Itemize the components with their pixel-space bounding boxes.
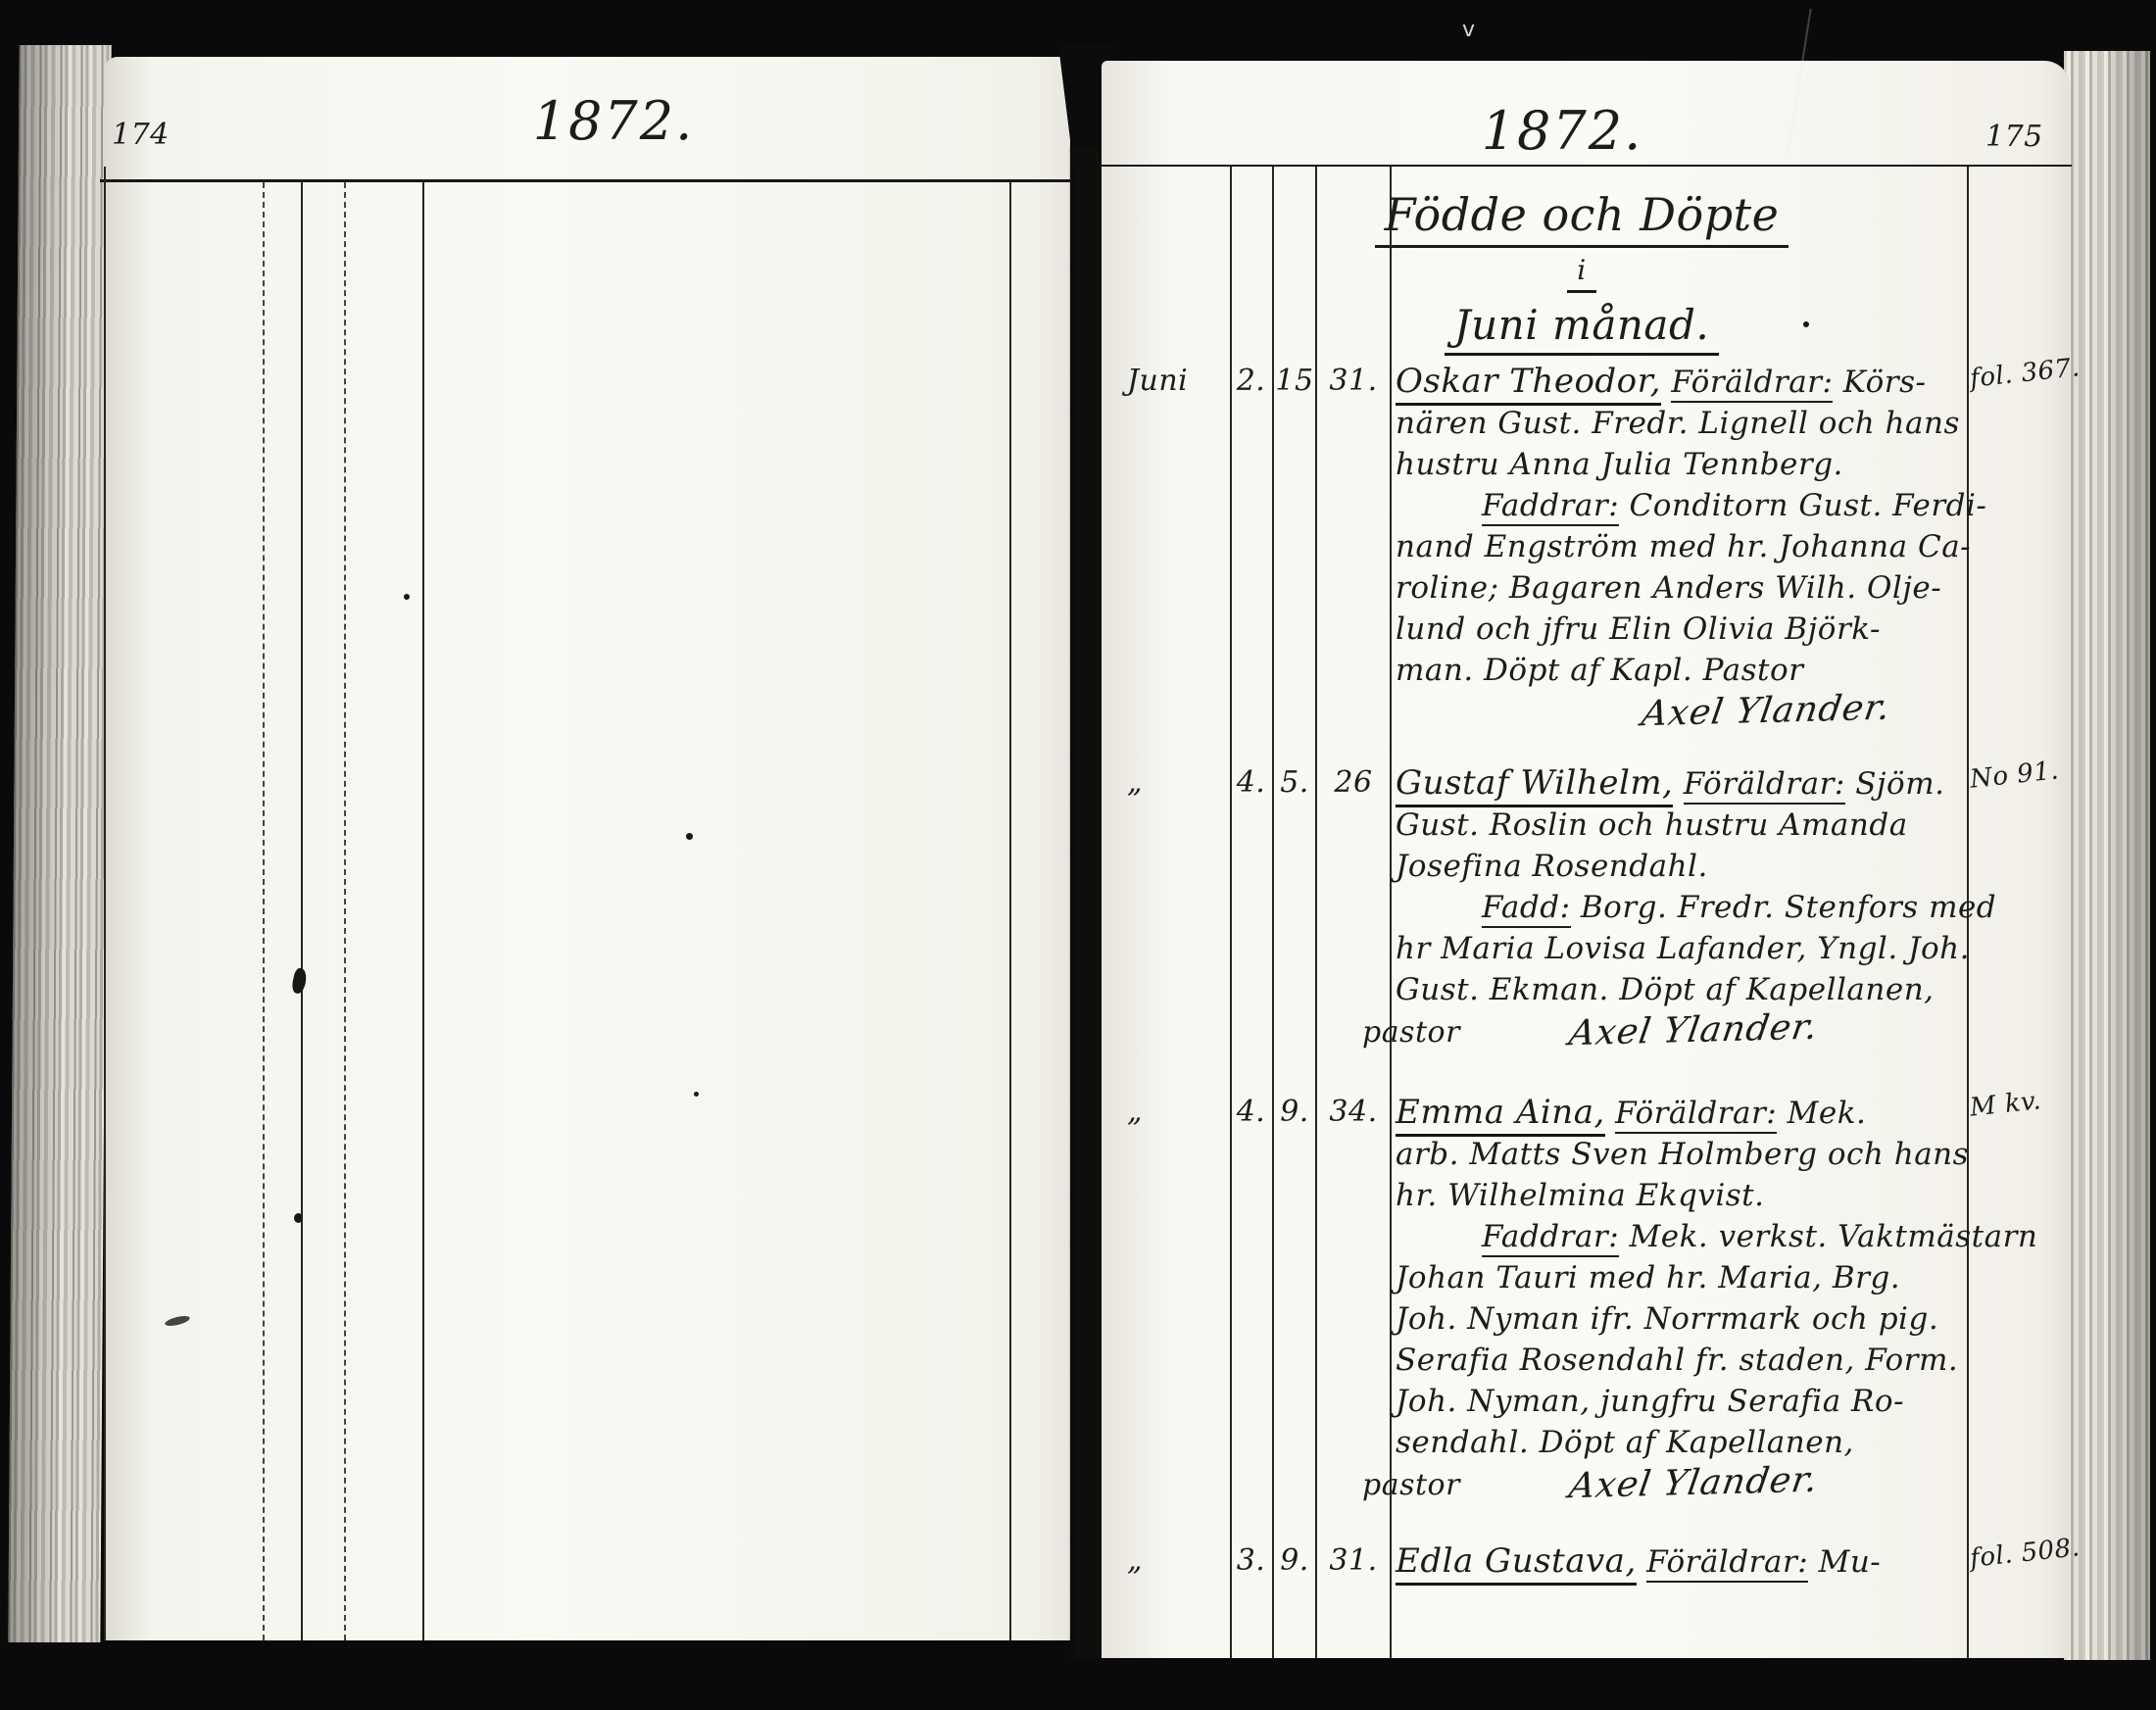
left-page: 174 1872. bbox=[104, 57, 1070, 1640]
entry-text-line: Serafia Rosendahl fr. staden, Form. bbox=[1396, 1340, 1984, 1381]
entry-parents-label: Föräldrar: bbox=[1671, 365, 1833, 403]
entry-signature-prefix: pastor bbox=[1362, 1465, 1460, 1506]
entry-parents-label: Föräldrar: bbox=[1646, 1544, 1808, 1583]
entry-text-line: Gust. Roslin och hustru Amanda bbox=[1396, 805, 1984, 846]
entry-first-line: Oskar Theodor, Föräldrar: Körs- bbox=[1396, 361, 1984, 403]
entry-text-line: sendahl. Döpt af Kapellanen, bbox=[1396, 1422, 1984, 1463]
left-column-rule-1 bbox=[263, 182, 265, 1640]
entry-text-line: arb. Matts Sven Holmberg och hans bbox=[1396, 1134, 1984, 1175]
entry-text-line: Faddrar: Conditorn Gust. Ferdi- bbox=[1396, 485, 2070, 526]
entry-text-line: Johan Tauri med hr. Maria, Brg. bbox=[1396, 1257, 1984, 1298]
entry-col-3: 34. bbox=[1317, 1092, 1390, 1133]
entry-first-line: Gustaf Wilhelm, Föräldrar: Sjöm. bbox=[1396, 762, 1984, 805]
entry-text-line: hr Maria Lovisa Lafander, Yngl. Joh. bbox=[1396, 928, 1984, 969]
entry-text-line: nären Gust. Fredr. Lignell och hans bbox=[1396, 403, 1984, 444]
entry-parents-label: Föräldrar: bbox=[1615, 1096, 1777, 1134]
entry-col-1: 2. bbox=[1230, 361, 1272, 402]
entry-faddrar-label: Fadd: bbox=[1482, 890, 1571, 928]
right-page-edge-texture bbox=[2064, 51, 2150, 1660]
entry-col-2: 9. bbox=[1274, 1092, 1315, 1133]
entry-signature-prefix: pastor bbox=[1362, 1012, 1460, 1053]
entry-first-line: Emma Aina, Föräldrar: Mek. bbox=[1396, 1092, 1984, 1134]
entry-col-3: 31. bbox=[1317, 361, 1390, 402]
entry-month: „ bbox=[1127, 762, 1143, 804]
entry-col-1: 4. bbox=[1230, 1092, 1272, 1133]
left-year-title: 1872. bbox=[476, 90, 751, 152]
left-header-rule bbox=[100, 179, 1072, 182]
entry-text-line: nand Engström med hr. Johanna Ca- bbox=[1396, 526, 1984, 567]
register-entry: „4.5.26Gustaf Wilhelm, Föräldrar: Sjöm.N… bbox=[1102, 762, 2070, 1053]
entry-col-2: 5. bbox=[1274, 762, 1315, 804]
scan-artifact: v bbox=[1462, 18, 1475, 42]
entry-col-2: 15 bbox=[1274, 361, 1315, 402]
entry-text-line: Faddrar: Mek. verkst. Vaktmästarn bbox=[1396, 1216, 2070, 1257]
left-column-rule-2 bbox=[301, 182, 303, 1640]
register-entry: „4.9.34.Emma Aina, Föräldrar: Mek.M kv.a… bbox=[1102, 1092, 2070, 1506]
entry-text-line: Joh. Nyman ifr. Norrmark och pig. bbox=[1396, 1298, 1984, 1340]
entry-signature-line: pastorAxel Ylander. bbox=[1396, 1010, 1984, 1053]
entry-signature-line: Axel Ylander. bbox=[1396, 691, 2121, 733]
entry-month: „ bbox=[1127, 1540, 1143, 1582]
scanned-register-spread: 174 1872. 1872. 175 Födde och Döpte i Ju… bbox=[0, 0, 2156, 1710]
entry-col-3: 31. bbox=[1317, 1540, 1390, 1582]
ink-speck bbox=[1803, 321, 1809, 327]
entry-text-line: man. Döpt af Kapl. Pastor bbox=[1396, 650, 1984, 691]
entry-text-line: Josefina Rosendahl. bbox=[1396, 846, 1984, 887]
register-entry: Juni2.1531.Oskar Theodor, Föräldrar: Kör… bbox=[1102, 361, 2070, 733]
priest-signature: Axel Ylander. bbox=[1566, 1007, 1821, 1055]
entry-first-line: Edla Gustava, Föräldrar: Mu- bbox=[1396, 1540, 1984, 1583]
priest-signature: Axel Ylander. bbox=[1566, 1460, 1821, 1508]
entry-text-line: Gust. Ekman. Döpt af Kapellanen, bbox=[1396, 969, 1984, 1010]
left-column-rule-4 bbox=[422, 182, 424, 1640]
entry-child-name: Edla Gustava, bbox=[1396, 1541, 1637, 1586]
register-entry: „3.9.31.Edla Gustava, Föräldrar: Mu-fol.… bbox=[1102, 1540, 2070, 1583]
entry-margin-note: fol. 508. bbox=[1969, 1533, 2082, 1574]
left-column-rule-5 bbox=[1009, 182, 1011, 1640]
ink-speck bbox=[164, 1314, 190, 1328]
entry-child-name: Oskar Theodor, bbox=[1396, 362, 1661, 406]
entry-faddrar-label: Faddrar: bbox=[1482, 488, 1619, 526]
entry-faddrar-label: Faddrar: bbox=[1482, 1219, 1619, 1257]
entry-col-1: 4. bbox=[1230, 762, 1272, 804]
ink-speck bbox=[686, 833, 693, 840]
entry-text-line: lund och jfru Elin Olivia Björk- bbox=[1396, 609, 1984, 650]
left-page-number: 174 bbox=[112, 118, 170, 152]
entry-col-3: 26 bbox=[1317, 762, 1390, 804]
ink-speck bbox=[294, 1213, 303, 1223]
entry-col-2: 9. bbox=[1274, 1540, 1315, 1582]
entry-margin-note: fol. 367. bbox=[1969, 353, 2082, 394]
entry-margin-note: M kv. bbox=[1969, 1086, 2043, 1122]
entry-parents-label: Föräldrar: bbox=[1684, 766, 1845, 805]
entry-signature-line: pastorAxel Ylander. bbox=[1396, 1463, 1984, 1506]
entry-text-line: hustru Anna Julia Tennberg. bbox=[1396, 444, 1984, 485]
entry-text-line: Fadd: Borg. Fredr. Stenfors med bbox=[1396, 887, 2070, 928]
entry-text-line: Joh. Nyman, jungfru Serafia Ro- bbox=[1396, 1381, 1984, 1422]
entry-text-line: hr. Wilhelmina Ekqvist. bbox=[1396, 1175, 1984, 1216]
ink-speck bbox=[290, 967, 308, 995]
entry-child-name: Gustaf Wilhelm, bbox=[1396, 763, 1673, 807]
left-page-edge-texture bbox=[8, 45, 111, 1642]
register-entries: Juni2.1531.Oskar Theodor, Föräldrar: Kör… bbox=[1102, 61, 2070, 1658]
entry-month: „ bbox=[1127, 1092, 1143, 1133]
entry-child-name: Emma Aina, bbox=[1396, 1093, 1605, 1137]
ink-speck bbox=[694, 1092, 699, 1097]
entry-text-line: roline; Bagaren Anders Wilh. Olje- bbox=[1396, 567, 1984, 609]
left-column-rule-3 bbox=[344, 182, 346, 1640]
entry-month: Juni bbox=[1127, 361, 1188, 402]
right-page: 1872. 175 Födde och Döpte i Juni månad. … bbox=[1102, 61, 2070, 1658]
entry-col-1: 3. bbox=[1230, 1540, 1272, 1582]
left-margin-rule bbox=[104, 167, 106, 1640]
ink-speck bbox=[404, 594, 410, 600]
priest-signature: Axel Ylander. bbox=[1639, 688, 1893, 736]
